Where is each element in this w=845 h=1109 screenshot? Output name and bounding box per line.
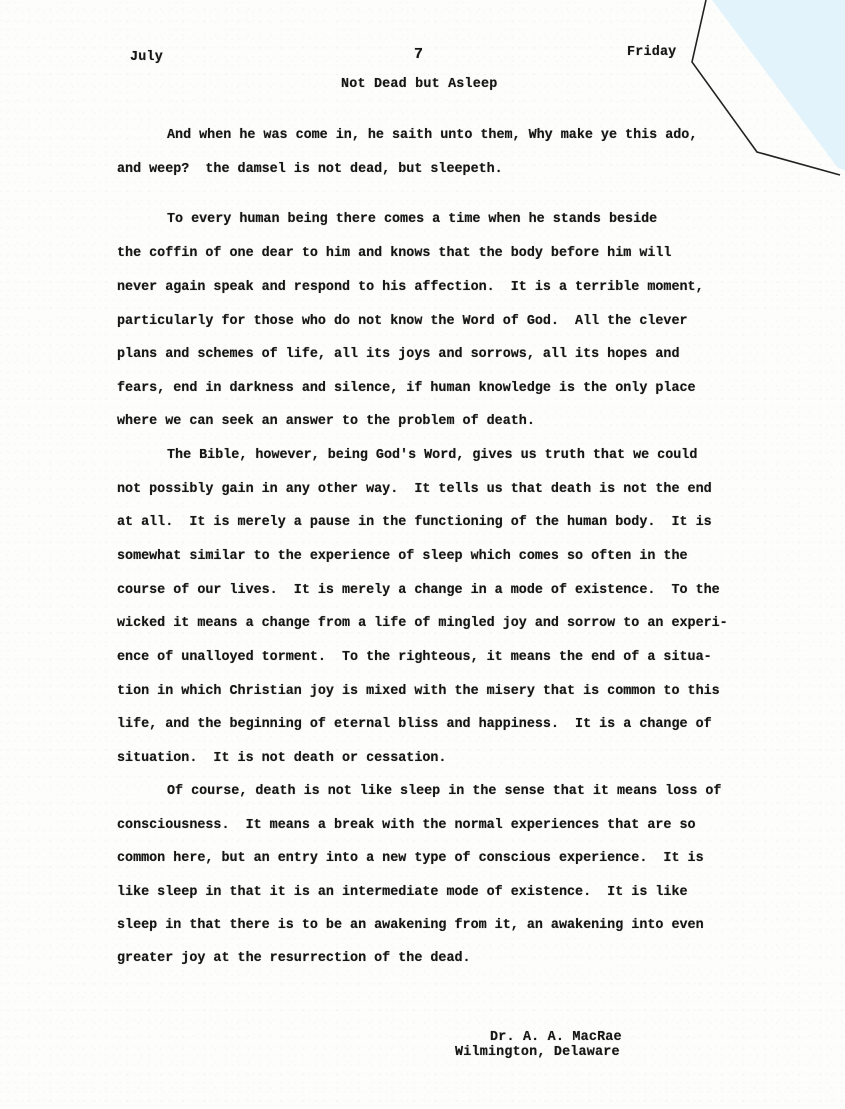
paragraph-line: somewhat similar to the experience of sl… bbox=[117, 549, 688, 564]
paragraph-line: where we can seek an answer to the probl… bbox=[117, 414, 535, 429]
paragraph-line: Of course, death is not like sleep in th… bbox=[167, 784, 721, 799]
signature-name: Dr. A. A. MacRae bbox=[490, 1030, 622, 1045]
paragraph-line: never again speak and respond to his aff… bbox=[117, 280, 704, 295]
header-day-number: 7 bbox=[414, 46, 423, 63]
page-title: Not Dead but Asleep bbox=[341, 77, 497, 92]
paragraph-line: sleep in that there is to be an awakenin… bbox=[117, 918, 704, 933]
document-page: July 7 Friday Not Dead but Asleep And wh… bbox=[0, 0, 845, 1109]
paragraph-line: wicked it means a change from a life of … bbox=[117, 616, 728, 631]
paragraph-line: like sleep in that it is an intermediate… bbox=[117, 885, 688, 900]
signature-location: Wilmington, Delaware bbox=[455, 1045, 620, 1060]
paragraph-line: the coffin of one dear to him and knows … bbox=[117, 246, 671, 261]
paragraph-line: situation. It is not death or cessation. bbox=[117, 751, 446, 766]
paragraph-line: ence of unalloyed torment. To the righte… bbox=[117, 650, 712, 665]
paragraph-line: tion in which Christian joy is mixed wit… bbox=[117, 684, 720, 699]
paragraph-line: particularly for those who do not know t… bbox=[117, 314, 688, 329]
scripture-line: and weep? the damsel is not dead, but sl… bbox=[117, 162, 503, 177]
scripture-line: And when he was come in, he saith unto t… bbox=[167, 128, 697, 143]
paragraph-line: course of our lives. It is merely a chan… bbox=[117, 583, 720, 598]
header-weekday: Friday bbox=[627, 45, 676, 60]
paragraph-line: The Bible, however, being God's Word, gi… bbox=[167, 448, 697, 463]
paragraph-line: at all. It is merely a pause in the func… bbox=[117, 515, 712, 530]
paragraph-line: not possibly gain in any other way. It t… bbox=[117, 482, 712, 497]
header-month: July bbox=[130, 50, 163, 65]
paragraph-line: fears, end in darkness and silence, if h… bbox=[117, 381, 696, 396]
paragraph-line: consciousness. It means a break with the… bbox=[117, 818, 696, 833]
paragraph-line: To every human being there comes a time … bbox=[167, 212, 657, 227]
paragraph-line: plans and schemes of life, all its joys … bbox=[117, 347, 680, 362]
paragraph-line: greater joy at the resurrection of the d… bbox=[117, 951, 471, 966]
paragraph-line: common here, but an entry into a new typ… bbox=[117, 851, 704, 866]
paragraph-line: life, and the beginning of eternal bliss… bbox=[117, 717, 712, 732]
